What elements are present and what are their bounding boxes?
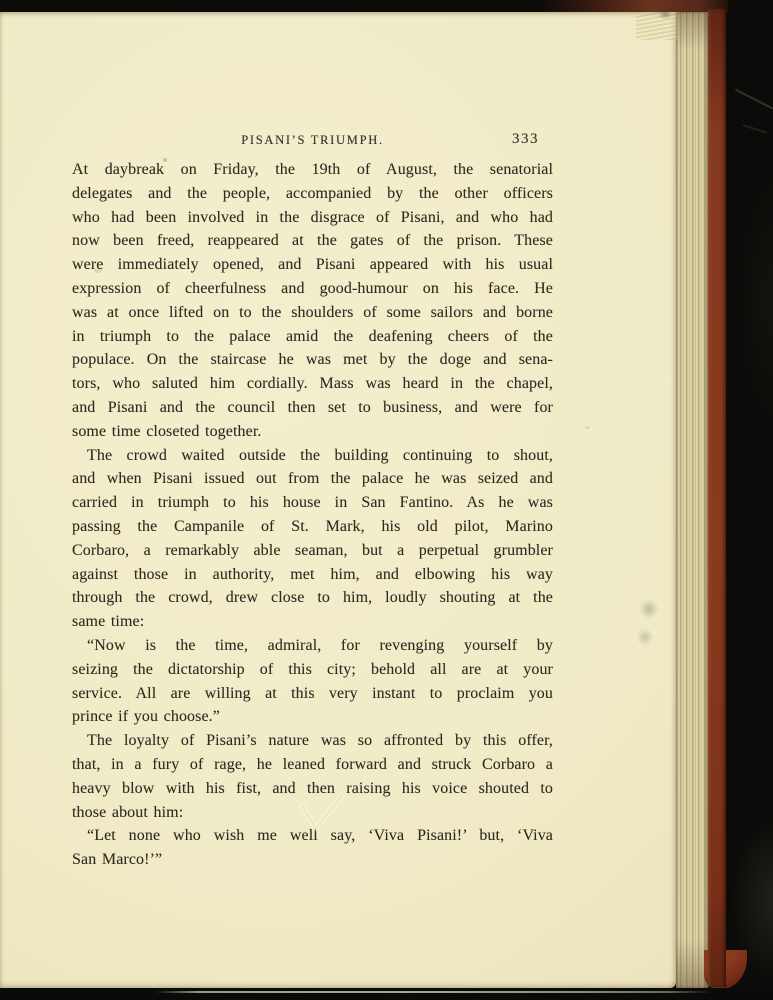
text-line: At daybreak on Friday, the 19th of Augus… <box>72 158 553 182</box>
scan-smudge <box>637 627 653 647</box>
page-header: PISANI’S TRIUMPH. 333 <box>72 131 553 153</box>
page-top-edges <box>636 12 678 40</box>
text-line: Corbaro, a remarkably able seaman, but a… <box>72 539 553 563</box>
text-line: delegates and the people, accompanied by… <box>72 182 553 206</box>
text-block: At daybreak on Friday, the 19th of Augus… <box>72 158 553 872</box>
scan-speck <box>585 426 590 429</box>
text-line: against those in authority, met him, and… <box>72 563 553 587</box>
text-line: and when Pisani issued out from the pala… <box>72 467 553 491</box>
text-line: carried in triumph to his house in San F… <box>72 491 553 515</box>
scan-speck <box>94 268 102 273</box>
text-line: The loyalty of Pisani’s nature was so af… <box>72 729 553 753</box>
page-number: 333 <box>512 131 539 148</box>
text-line: tors, who saluted him cordially. Mass wa… <box>72 372 553 396</box>
text-line: now been freed, reappeared at the gates … <box>72 229 553 253</box>
text-line: “Now is the time, admiral, for revenging… <box>72 634 553 658</box>
book-cover-edge <box>708 9 726 987</box>
page-fore-edges <box>676 12 708 988</box>
text-line: in triumph to the palace amid the deafen… <box>72 325 553 349</box>
text-line: service. All are willing at this very in… <box>72 682 553 706</box>
text-line: passing the Campanile of St. Mark, his o… <box>72 515 553 539</box>
text-line: The crowd waited outside the building co… <box>72 444 553 468</box>
paragraph: “Now is the time, admiral, for revenging… <box>72 634 553 729</box>
scanned-book-photo: PISANI’S TRIUMPH. 333 At daybreak on Fri… <box>0 0 773 1000</box>
text-line: expression of cheerfulness and good-humo… <box>72 277 553 301</box>
text-line: that, in a fury of rage, he leaned forwa… <box>72 753 553 777</box>
paragraph: At daybreak on Friday, the 19th of Augus… <box>72 158 553 444</box>
text-line: some time closeted together. <box>72 420 553 444</box>
text-line: and Pisani and the council then set to b… <box>72 396 553 420</box>
text-line: were immediately opened, and Pisani appe… <box>72 253 553 277</box>
text-line: populace. On the staircase he was met by… <box>72 348 553 372</box>
running-title: PISANI’S TRIUMPH. <box>72 133 553 148</box>
text-line: who had been involved in the disgrace of… <box>72 206 553 230</box>
paragraph: The crowd waited outside the building co… <box>72 444 553 634</box>
scan-speck <box>163 158 167 162</box>
text-line: prince if you choose.” <box>72 705 553 729</box>
text-line: San Marco!’” <box>72 848 553 872</box>
scan-smudge <box>640 598 658 620</box>
text-line: seizing the dictatorship of this city; b… <box>72 658 553 682</box>
text-line: same time: <box>72 610 553 634</box>
bottom-shadow-strip <box>0 988 773 1000</box>
text-line: through the crowd, drew close to him, lo… <box>72 586 553 610</box>
text-line: was at once lifted on to the shoulders o… <box>72 301 553 325</box>
paper-crease-mark <box>296 790 348 834</box>
book-page: PISANI’S TRIUMPH. 333 At daybreak on Fri… <box>0 12 676 988</box>
table-edge-highlight <box>155 991 711 993</box>
